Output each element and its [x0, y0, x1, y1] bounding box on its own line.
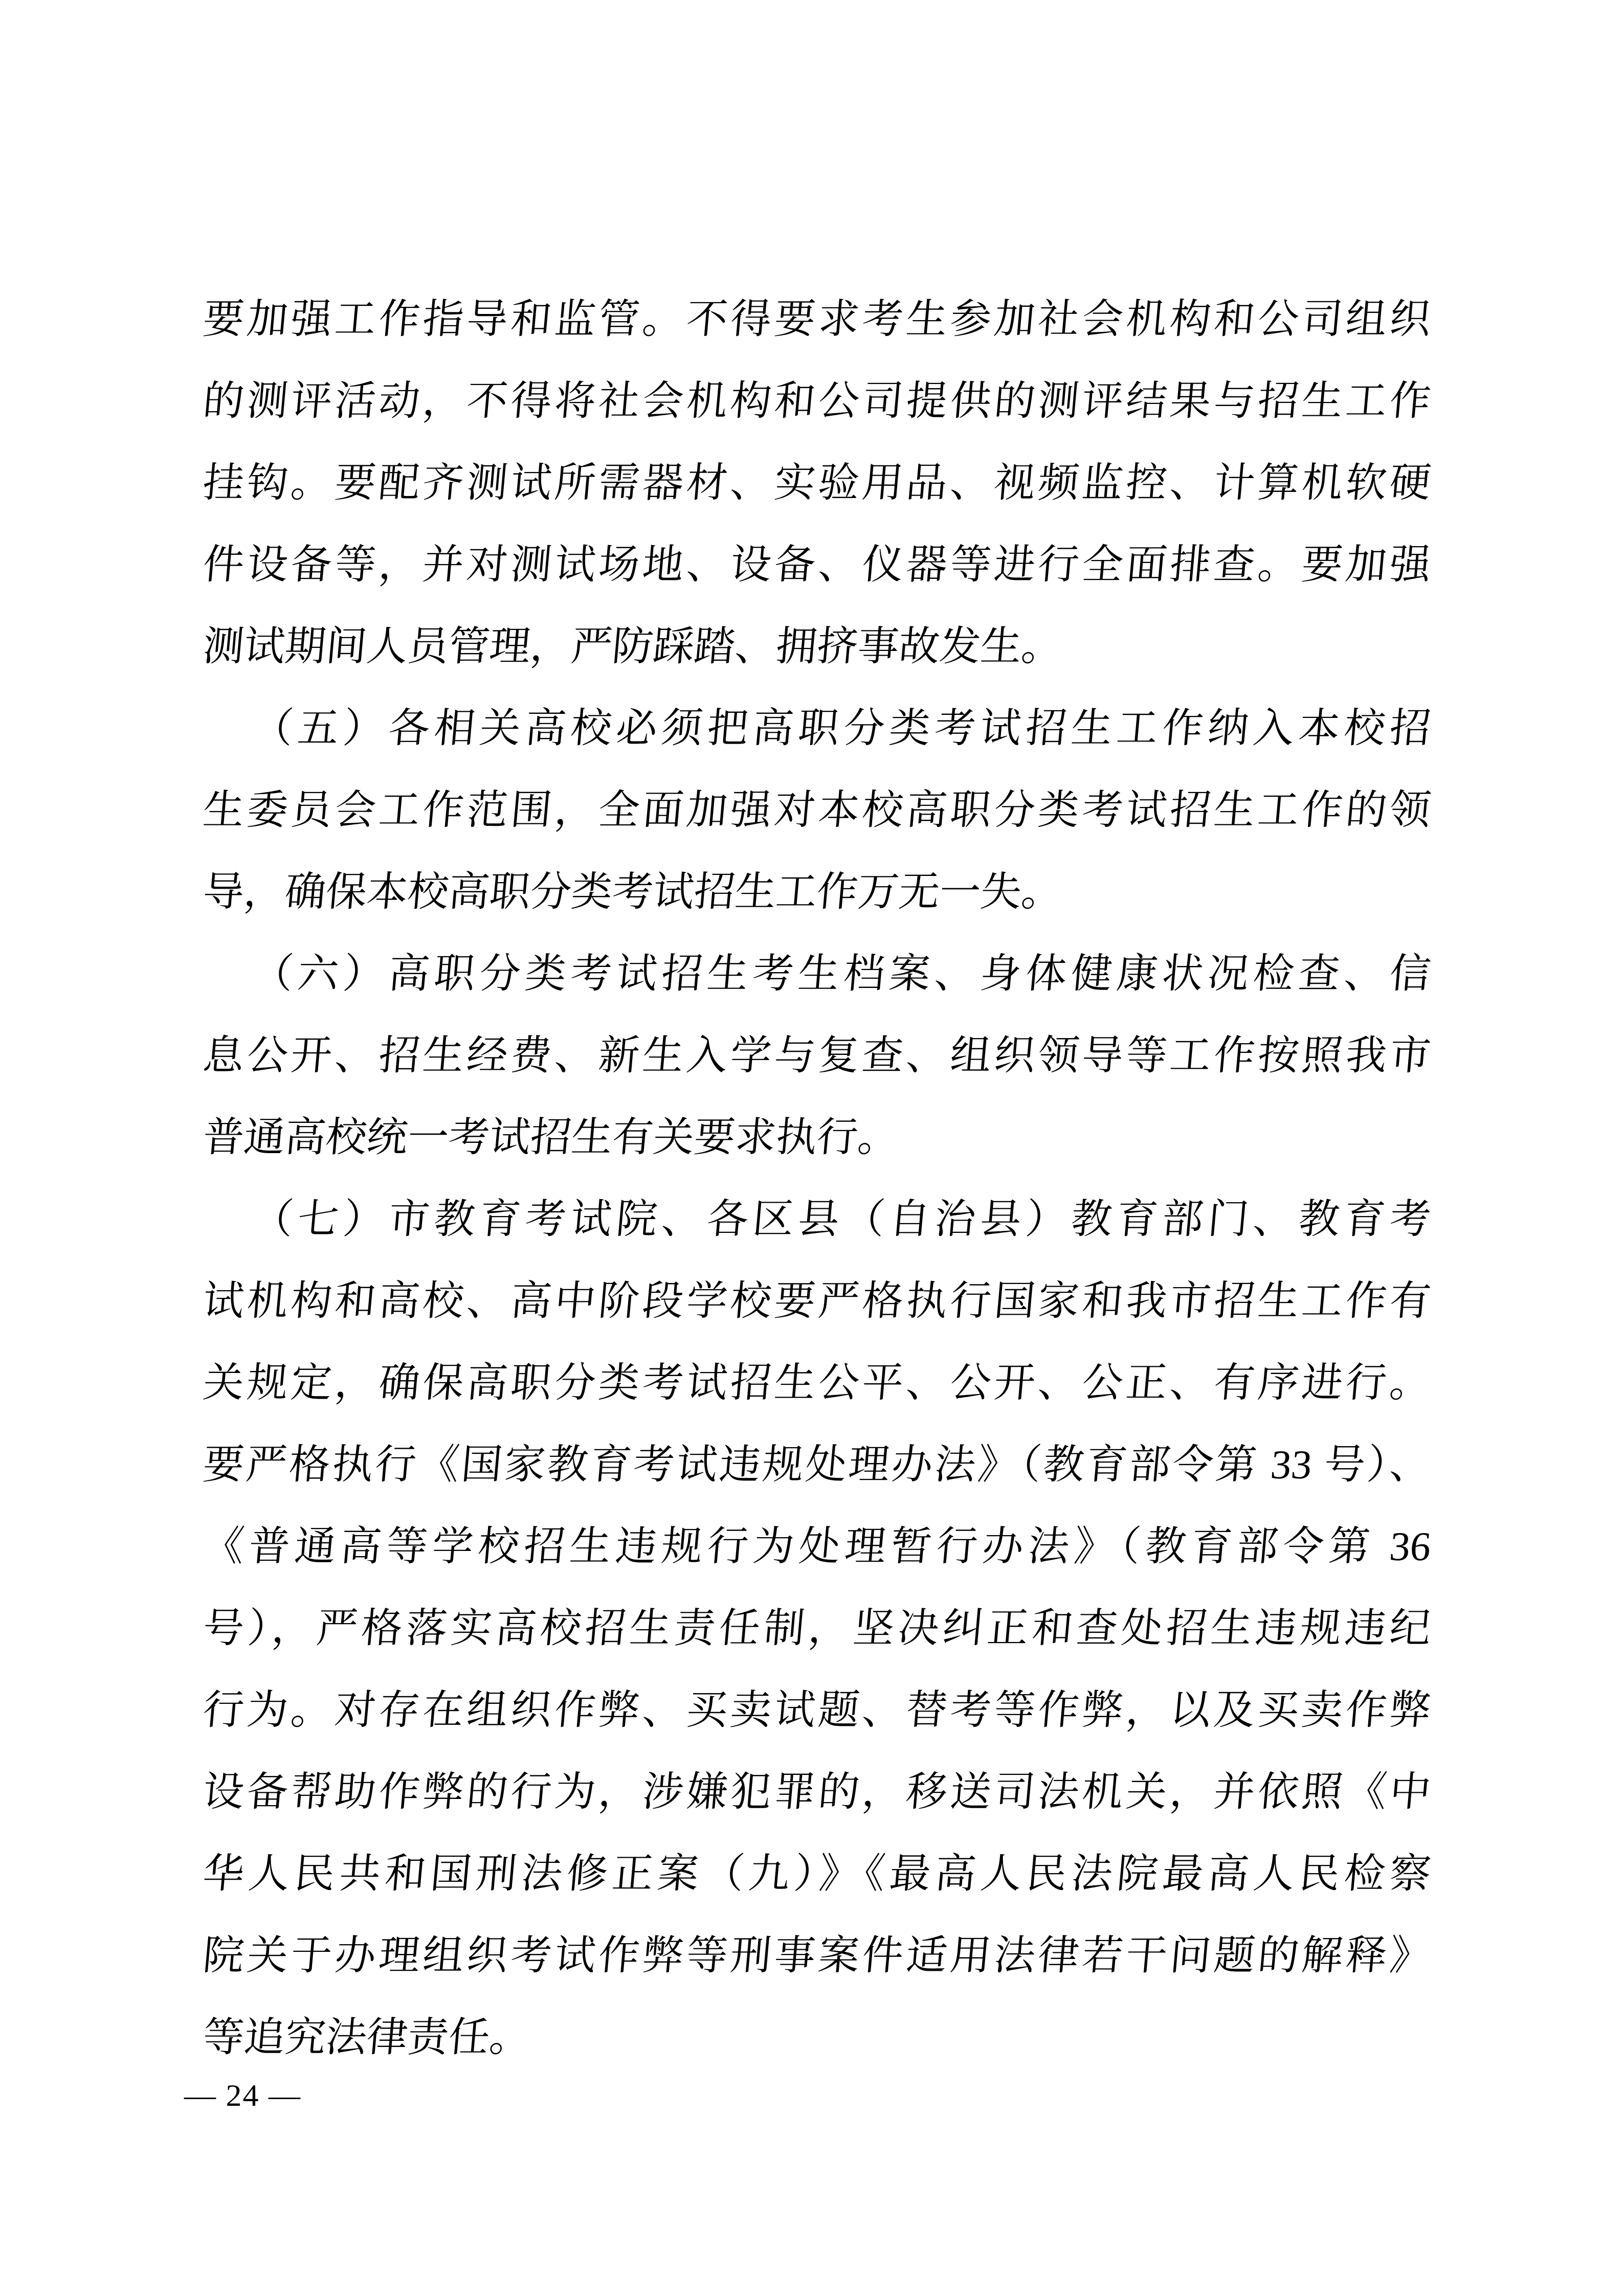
- text-line: 的测评活动，不得将社会机构和公司提供的测评结果与招生工作: [199, 361, 1434, 442]
- text-line: 要加强工作指导和监管。不得要求考生参加社会机构和公司组织: [199, 279, 1434, 361]
- text-line: 设备帮助作弊的行为，涉嫌犯罪的，移送司法机关，并依照《中: [199, 1751, 1434, 1833]
- text-line: 试机构和高校、高中阶段学校要严格执行国家和我市招生工作有: [199, 1260, 1434, 1342]
- text-line: （七）市教育考试院、各区县（自治县）教育部门、教育考: [199, 1179, 1434, 1260]
- text-line: 关规定，确保高职分类考试招生公平、公开、公正、有序进行。: [199, 1342, 1434, 1424]
- text-line: 等追究法律责任。: [199, 1997, 1434, 2079]
- page-number: — 24 —: [184, 2078, 301, 2113]
- text-line: 行为。对存在组织作弊、买卖试题、替考等作弊，以及买卖作弊: [199, 1670, 1434, 1751]
- text-line: 测试期间人员管理，严防踩踏、拥挤事故发生。: [199, 606, 1434, 688]
- document-page: 要加强工作指导和监管。不得要求考生参加社会机构和公司组织的测评活动，不得将社会机…: [0, 0, 1624, 2296]
- text-line: 号），严格落实高校招生责任制，坚决纠正和查处招生违规违纪: [199, 1588, 1434, 1670]
- text-line: 导，确保本校高职分类考试招生工作万无一失。: [199, 851, 1434, 933]
- text-line: 件设备等，并对测试场地、设备、仪器等进行全面排查。要加强: [199, 524, 1434, 606]
- text-line: 挂钩。要配齐测试所需器材、实验用品、视频监控、计算机软硬: [199, 442, 1434, 524]
- text-line: 要严格执行《国家教育考试违规处理办法》（教育部令第 33 号）、: [199, 1424, 1434, 1506]
- text-line: 普通高校统一考试招生有关要求执行。: [199, 1097, 1434, 1179]
- text-line: 息公开、招生经费、新生入学与复查、组织领导等工作按照我市: [199, 1015, 1434, 1097]
- text-line: 生委员会工作范围，全面加强对本校高职分类考试招生工作的领: [199, 770, 1434, 851]
- document-body: 要加强工作指导和监管。不得要求考生参加社会机构和公司组织的测评活动，不得将社会机…: [199, 279, 1427, 2079]
- page-footer: — 24 —: [184, 2074, 301, 2117]
- text-line: （五）各相关高校必须把高职分类考试招生工作纳入本校招: [199, 688, 1434, 770]
- text-line: 《普通高等学校招生违规行为处理暂行办法》（教育部令第 36: [199, 1506, 1434, 1588]
- text-line: 院关于办理组织考试作弊等刑事案件适用法律若干问题的解释》: [199, 1915, 1434, 1997]
- text-line: 华人民共和国刑法修正案（九）》《最高人民法院最高人民检察: [199, 1833, 1434, 1915]
- text-line: （六）高职分类考试招生考生档案、身体健康状况检查、信: [199, 933, 1434, 1015]
